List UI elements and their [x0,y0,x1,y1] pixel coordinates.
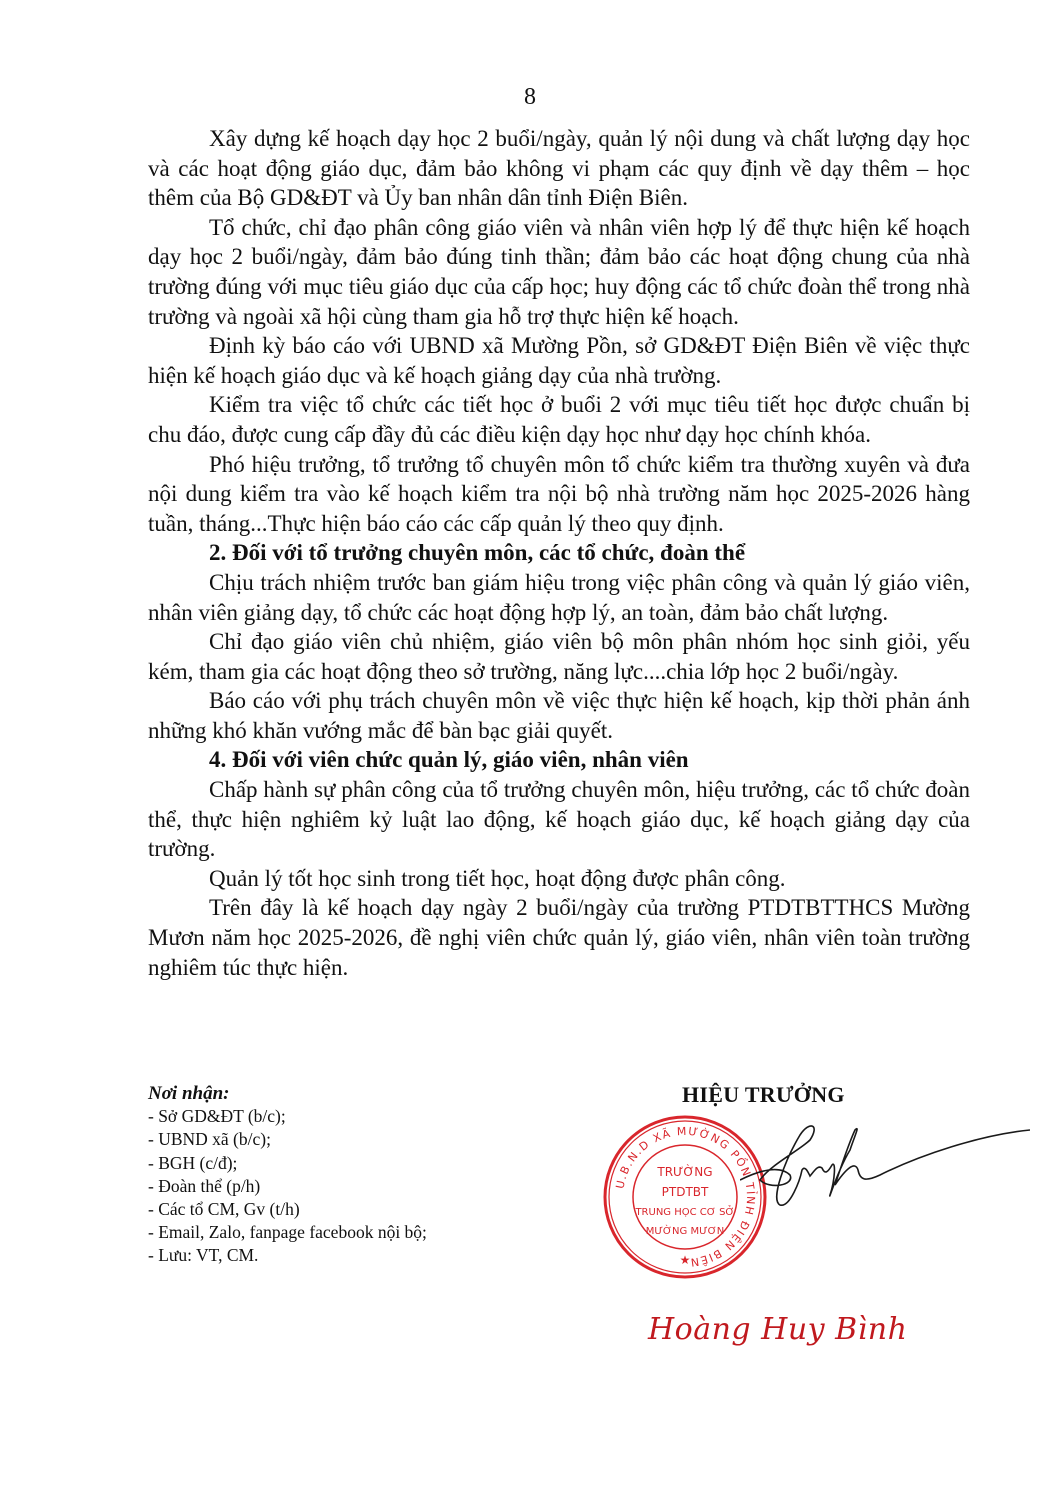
paragraph: Chấp hành sự phân công của tổ trưởng chu… [148,775,970,864]
recipient-item: - Đoàn thể (p/h) [148,1175,427,1198]
recipient-item: - UBND xã (b/c); [148,1128,427,1151]
paragraph: Báo cáo với phụ trách chuyên môn về việc… [148,686,970,745]
paragraph: Trên đây là kế hoạch dạy ngày 2 buổi/ngà… [148,893,970,982]
recipient-item: - Email, Zalo, fanpage facebook nội bộ; [148,1221,427,1244]
section-heading: 2. Đối với tổ trưởng chuyên môn, các tổ … [148,538,970,568]
svg-text:PTDTBT: PTDTBT [662,1185,709,1199]
recipient-item: - Lưu: VT, CM. [148,1244,427,1267]
recipient-item: - BGH (c/đ); [148,1152,427,1175]
section-heading: 4. Đối với viên chức quản lý, giáo viên,… [148,745,970,775]
paragraph: Kiểm tra việc tổ chức các tiết học ở buổ… [148,390,970,449]
recipient-item: - Các tổ CM, Gv (t/h) [148,1198,427,1221]
paragraph: Phó hiệu trưởng, tổ trưởng tổ chuyên môn… [148,450,970,539]
svg-text:MƯỜNG MƯƠN: MƯỜNG MƯƠN [646,1224,725,1237]
svg-text:TRUNG HỌC CƠ SỞ: TRUNG HỌC CƠ SỞ [634,1204,734,1218]
document-body: Xây dựng kế hoạch dạy học 2 buổi/ngày, q… [148,124,970,982]
handwritten-signature-icon [740,1110,1030,1210]
svg-text:TRƯỜNG: TRƯỜNG [656,1164,712,1179]
paragraph: Chịu trách nhiệm trước ban giám hiệu tro… [148,568,970,627]
svg-text:★: ★ [680,1253,691,1267]
signer-name: Hoàng Huy Bình [648,1312,907,1347]
paragraph: Chỉ đạo giáo viên chủ nhiệm, giáo viên b… [148,627,970,686]
paragraph: Định kỳ báo cáo với UBND xã Mường Pồn, s… [148,331,970,390]
signer-title: HIỆU TRƯỞNG [682,1082,845,1108]
paragraph: Xây dựng kế hoạch dạy học 2 buổi/ngày, q… [148,124,970,213]
recipients-title: Nơi nhận: [148,1082,427,1105]
paragraph: Tổ chức, chỉ đạo phân công giáo viên và … [148,213,970,331]
recipients-block: Nơi nhận: - Sở GD&ĐT (b/c); - UBND xã (b… [148,1082,427,1268]
paragraph: Quản lý tốt học sinh trong tiết học, hoạ… [148,864,970,894]
page-number: 8 [0,84,1060,111]
recipient-item: - Sở GD&ĐT (b/c); [148,1105,427,1128]
